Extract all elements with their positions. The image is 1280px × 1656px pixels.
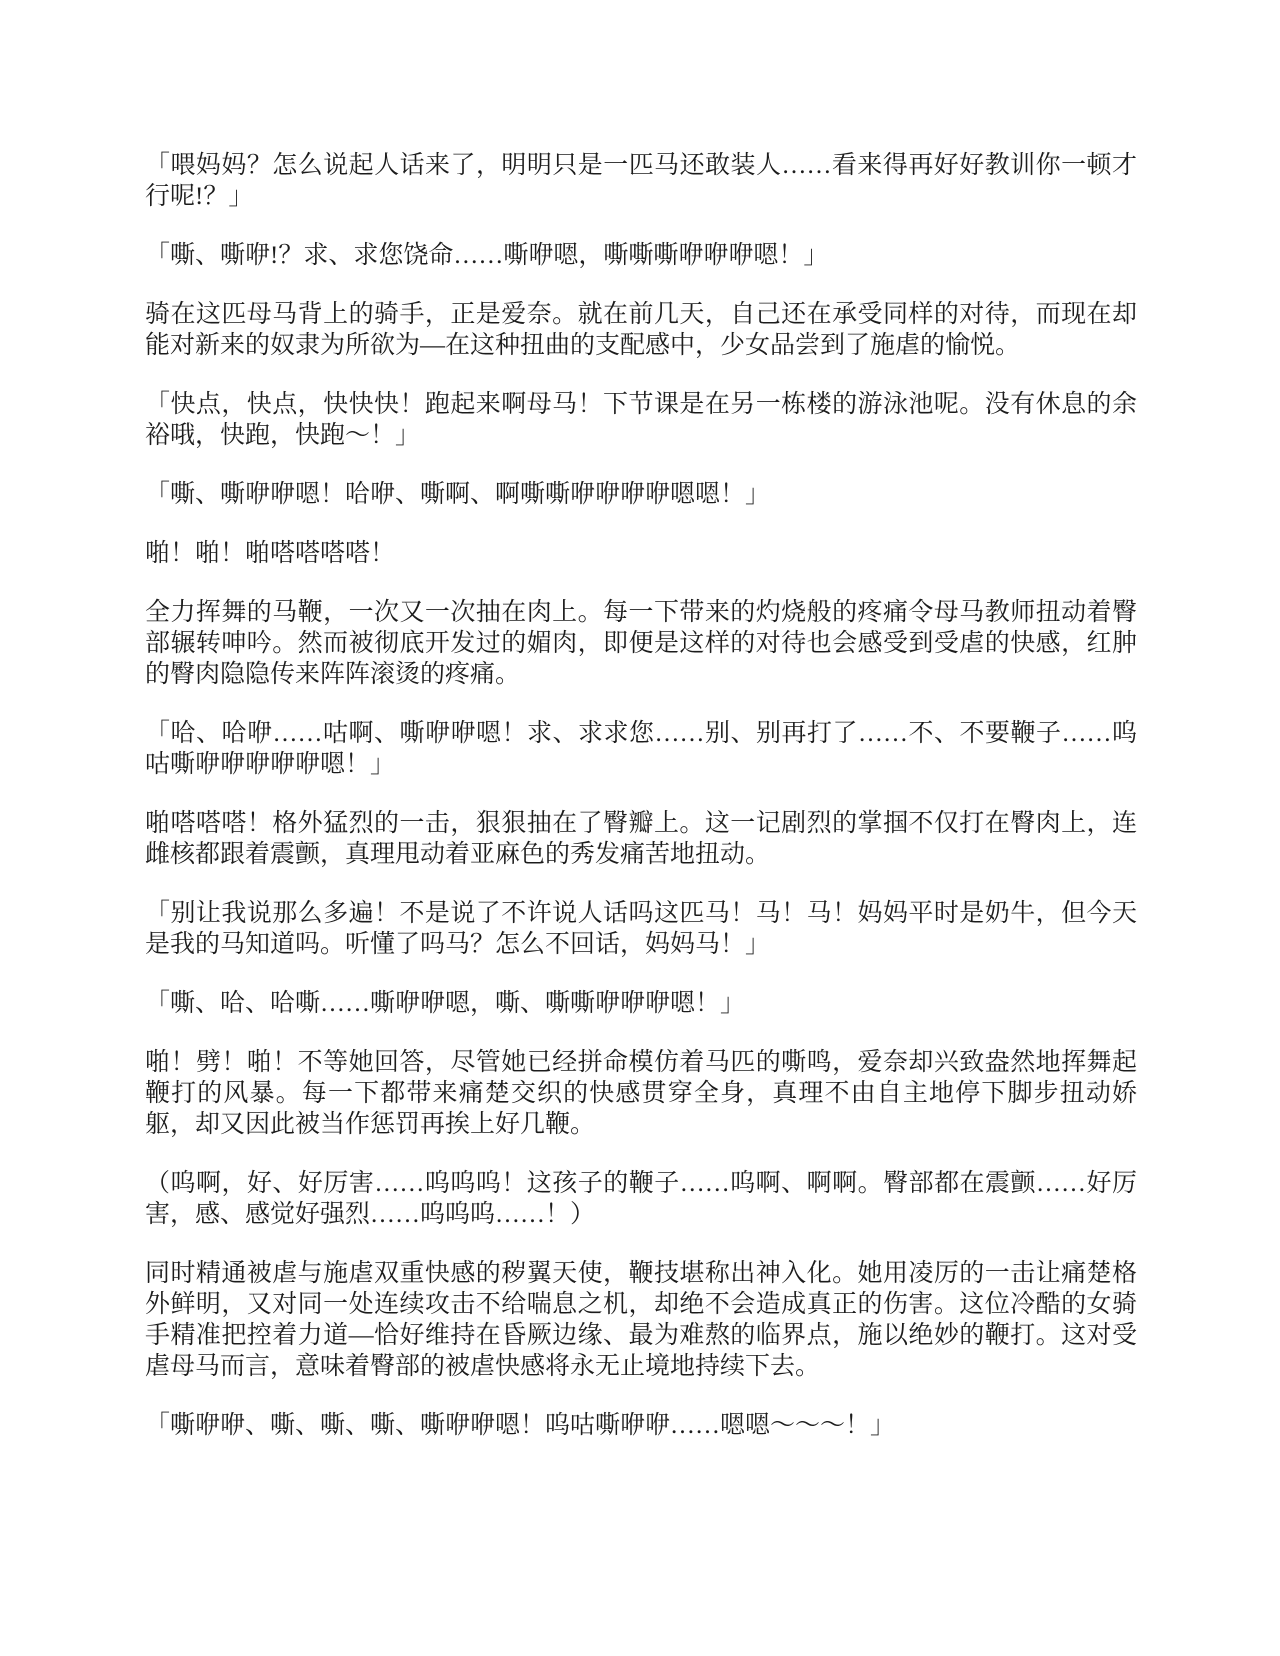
paragraph: 「别让我说那么多遍！不是说了不许说人话吗这匹马！马！马！妈妈平时是奶牛，但今天是… (145, 898, 1137, 960)
text-content: 「喂妈妈？怎么说起人话来了，明明只是一匹马还敢装人……看来得再好好教训你一顿才行… (145, 150, 1137, 1469)
paragraph: 「快点，快点，快快快！跑起来啊母马！下节课是在另一栋楼的游泳池呢。没有休息的余裕… (145, 389, 1137, 451)
novel-page: 「喂妈妈？怎么说起人话来了，明明只是一匹马还敢装人……看来得再好好教训你一顿才行… (0, 0, 1280, 1656)
paragraph: 「嘶、哈、哈嘶……嘶咿咿嗯，嘶、嘶嘶咿咿咿嗯！」 (145, 988, 1137, 1019)
paragraph: 啪嗒嗒嗒！格外猛烈的一击，狠狠抽在了臀瓣上。这一记剧烈的掌掴不仅打在臀肉上，连雌… (145, 808, 1137, 870)
paragraph: 啪！劈！啪！不等她回答，尽管她已经拼命模仿着马匹的嘶鸣，爱奈却兴致盎然地挥舞起鞭… (145, 1047, 1137, 1140)
paragraph: 全力挥舞的马鞭，一次又一次抽在肉上。每一下带来的灼烧般的疼痛令母马教师扭动着臀部… (145, 597, 1137, 690)
paragraph: 「喂妈妈？怎么说起人话来了，明明只是一匹马还敢装人……看来得再好好教训你一顿才行… (145, 150, 1137, 212)
paragraph: 「嘶咿咿、嘶、嘶、嘶、嘶咿咿嗯！呜咕嘶咿咿……嗯嗯～～～！」 (145, 1410, 1137, 1441)
paragraph: 啪！啪！啪嗒嗒嗒嗒！ (145, 538, 1137, 569)
paragraph: 「嘶、嘶咿咿嗯！哈咿、嘶啊、啊嘶嘶咿咿咿咿嗯嗯！」 (145, 479, 1137, 510)
paragraph: 「嘶、嘶咿!？求、求您饶命……嘶咿嗯，嘶嘶嘶咿咿咿嗯！」 (145, 240, 1137, 271)
paragraph: （呜啊，好、好厉害……呜呜呜！这孩子的鞭子……呜啊、啊啊。臀部都在震颤……好厉害… (145, 1168, 1137, 1230)
paragraph: 骑在这匹母马背上的骑手，正是爱奈。就在前几天，自己还在承受同样的对待，而现在却能… (145, 299, 1137, 361)
paragraph: 「哈、哈咿……咕啊、嘶咿咿嗯！求、求求您……别、别再打了……不、不要鞭子……呜咕… (145, 718, 1137, 780)
paragraph: 同时精通被虐与施虐双重快感的秽翼天使，鞭技堪称出神入化。她用凌厉的一击让痛楚格外… (145, 1258, 1137, 1382)
